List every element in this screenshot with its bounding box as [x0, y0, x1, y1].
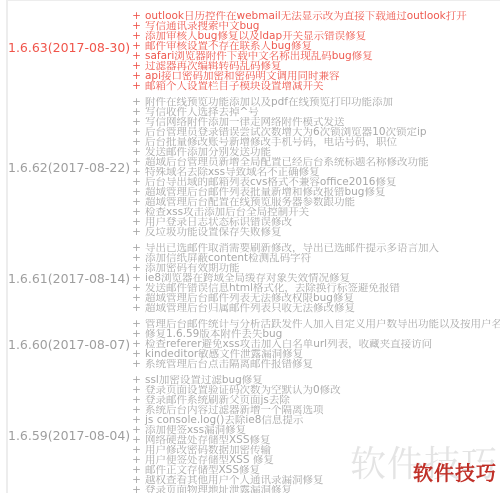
plus-bullet: + — [132, 339, 141, 349]
plus-bullet: + — [132, 21, 141, 31]
plus-bullet: + — [132, 349, 141, 359]
changelog-item: +ssl加密设置过滤bug修复 — [132, 375, 500, 385]
changelog-item-text: 添加便签xss漏洞修复 — [145, 425, 246, 435]
changelog-item-text: 用户便签处存储型XSS 修复 — [145, 455, 274, 465]
changelog-item-text: 发送邮件错误信息html格式化，去除换行标签避免报错 — [145, 283, 400, 293]
plus-bullet: + — [132, 263, 141, 273]
changelog-item: +超域管理后台邮件列表无法修改权限bug修复 — [132, 293, 500, 303]
changelog-item-text: 过滤器再次编辑转码乱码修复 — [145, 61, 282, 71]
plus-bullet: + — [132, 197, 141, 207]
changelog-item: +添加审核人bug修复以及ldap开关显示错误修复 — [132, 31, 500, 41]
changelog-item: +邮箱个人设置栏目子模块设置增减开关 — [132, 81, 500, 91]
plus-bullet: + — [132, 137, 141, 147]
plus-bullet: + — [132, 157, 141, 167]
changelog-item-text: 超域后台管理员新增全局配置已经后台系统标题名称修改功能 — [145, 157, 429, 167]
plus-bullet: + — [132, 187, 141, 197]
changelog-item-text: outlook日历控件在webmail无法显示改为直接下载通过outlook打开 — [145, 11, 467, 21]
plus-bullet: + — [132, 435, 141, 445]
plus-bullet: + — [132, 117, 141, 127]
plus-bullet: + — [132, 303, 141, 313]
changelog-item-text: 后台批量修改账号新增修改手机号码，电话号码，职位 — [145, 137, 397, 147]
plus-bullet: + — [132, 465, 141, 475]
changelog-item-text: 管理后台邮件统计与分析活跃发件人加入自定义用户数导出功能以及按用户名时间段查询功… — [145, 319, 500, 329]
changelog-item-text: 写信通讯录搜索中文bug — [145, 21, 260, 31]
changelog-items: +导出已选邮件取消需要刷新修改，导出已选邮件提示多语言加入 +添加信纸屏蔽con… — [130, 240, 500, 316]
plus-bullet: + — [132, 177, 141, 187]
changelog-item: +后台管理员登录错误尝试次数增大为6次锁浏览器10次锁定ip — [132, 127, 500, 137]
changelog-item-text: 后台导出域的邮箱列表cvs格式不兼容office2016修复 — [145, 177, 397, 187]
changelog-item-text: 修复1.6.59版本附件丢失bug — [145, 329, 282, 339]
changelog-item: +用户修改密码数据加密传输 — [132, 445, 500, 455]
changelog-item-text: 用户修改密码数据加密传输 — [145, 445, 271, 455]
version-section: 1.6.60(2017-08-07) +管理后台邮件统计与分析活跃发件人加入自定… — [7, 316, 500, 372]
plus-bullet: + — [132, 385, 141, 395]
changelog-item: +kindeditor敏感文件泄露漏洞修复 — [132, 349, 500, 359]
plus-bullet: + — [132, 243, 141, 253]
changelog-item-text: 超域管理后台邮件列表批量新增和修改报错bug修复 — [145, 187, 385, 197]
version-label: 1.6.63(2017-08-30) — [8, 1, 131, 95]
changelog-item: +后台批量修改账号新增修改手机号码，电话号码，职位 — [132, 137, 500, 147]
changelog-item-text: 邮件审核设置不存在联系人bug修复 — [145, 41, 312, 51]
changelog-items: +附件在线预览功能添加以及pdf在线预览打印功能添加 +写信收件人选择去掉^号 … — [130, 94, 500, 240]
changelog-item-text: ssl加密设置过滤bug修复 — [145, 375, 263, 385]
changelog-page: 1.6.63(2017-08-30) +outlook日历控件在webmail无… — [0, 0, 500, 493]
changelog-item: +检查referer避免xss攻击加入白名单url列表，收藏夹直接访问 — [132, 339, 500, 349]
changelog-item-text: kindeditor敏感文件泄露漏洞修复 — [145, 349, 303, 359]
changelog-item-text: 超域管理后台配置在线预览服务器参数跟功能 — [145, 197, 355, 207]
changelog-item: +过滤器再次编辑转码乱码修复 — [132, 61, 500, 71]
watermark-brand-text: 软件技巧 — [413, 457, 497, 486]
changelog-item: +邮件审核设置不存在联系人bug修复 — [132, 41, 500, 51]
changelog-item: +safari浏览器附件下载中文名称出现乱码bug修复 — [132, 51, 500, 61]
changelog-item: +写信收件人选择去掉^号 — [132, 107, 500, 117]
plus-bullet: + — [132, 217, 141, 227]
changelog-item: +反垃圾功能设置保存失败修复 — [132, 227, 500, 237]
changelog-item: +js console.log()去除ie8信息提示 — [132, 415, 500, 425]
changelog-item: +发送邮件添加分别发送功能 — [132, 147, 500, 157]
plus-bullet: + — [132, 455, 141, 465]
changelog-item-text: 特殊域名去除xss导致域名不正确修复 — [145, 167, 320, 177]
changelog-item-text: 附件在线预览功能添加以及pdf在线预览打印功能添加 — [145, 97, 393, 107]
version-section: 1.6.61(2017-08-14) +导出已选邮件取消需要刷新修改，导出已选邮… — [7, 240, 500, 316]
version-label: 1.6.60(2017-08-07) — [8, 316, 131, 372]
changelog-item: +系统后台内容过滤器新增一个隔离选项 — [132, 405, 500, 415]
version-label: 1.6.62(2017-08-22) — [8, 94, 131, 240]
changelog-item: +ie8浏览器在跨域全局缓存对象失效情况修复 — [132, 273, 500, 283]
changelog-items: +outlook日历控件在webmail无法显示改为直接下载通过outlook打… — [130, 1, 500, 95]
changelog-item: +网络硬盘处存储型XSS修复 — [132, 435, 500, 445]
plus-bullet: + — [132, 293, 141, 303]
plus-bullet: + — [132, 283, 141, 293]
changelog-item-text: 写信网络附件添加一律走网络附件模式发送 — [145, 117, 345, 127]
changelog-item-text: 网络硬盘处存储型XSS修复 — [145, 435, 271, 445]
plus-bullet: + — [132, 107, 141, 117]
plus-bullet: + — [132, 97, 141, 107]
changelog-item-text: 导出已选邮件取消需要刷新修改，导出已选邮件提示多语言加入 — [145, 243, 439, 253]
changelog-item: +后台导出域的邮箱列表cvs格式不兼容office2016修复 — [132, 177, 500, 187]
plus-bullet: + — [132, 207, 141, 217]
changelog-item: +登录页面物理地址泄露漏洞修复 — [132, 485, 500, 493]
plus-bullet: + — [132, 273, 141, 283]
plus-bullet: + — [132, 395, 141, 405]
plus-bullet: + — [132, 359, 141, 369]
plus-bullet: + — [132, 51, 141, 61]
changelog-item: +添加信纸屏蔽content检测乱码字符 — [132, 253, 500, 263]
changelog-item-text: 检查referer避免xss攻击加入白名单url列表，收藏夹直接访问 — [145, 339, 432, 349]
plus-bullet: + — [132, 485, 141, 493]
changelog-item-text: 反垃圾功能设置保存失败修复 — [145, 227, 282, 237]
changelog-item: +超域管理后台邮件列表批量新增和修改报错bug修复 — [132, 187, 500, 197]
plus-bullet: + — [132, 41, 141, 51]
changelog-item: +超域管理后台配置在线预览服务器参数跟功能 — [132, 197, 500, 207]
changelog-item-text: api接口密码加密和密码明文调用同时兼容 — [145, 71, 340, 81]
changelog-item-text: 越权查看其他用户个人通讯录漏洞修复 — [145, 475, 324, 485]
changelog-item: +系统管理后台点击隔离邮件报错修复 — [132, 359, 500, 369]
changelog-item: +登录页面设置验证码次数为空默认为0修改 — [132, 385, 500, 395]
plus-bullet: + — [132, 445, 141, 455]
plus-bullet: + — [132, 31, 141, 41]
changelog-item: +检查xss攻击添加后台全局控制开关 — [132, 207, 500, 217]
changelog-item: +超域后台管理员新增全局配置已经后台系统标题名称修改功能 — [132, 157, 500, 167]
changelog-item-text: 超域管理后台归属邮件列表只收无法修改修复 — [145, 303, 355, 313]
plus-bullet: + — [132, 227, 141, 237]
plus-bullet: + — [132, 319, 141, 329]
changelog-item-text: 添加信纸屏蔽content检测乱码字符 — [145, 253, 311, 263]
plus-bullet: + — [132, 167, 141, 177]
changelog-item-text: 系统后台内容过滤器新增一个隔离选项 — [145, 405, 324, 415]
plus-bullet: + — [132, 329, 141, 339]
plus-bullet: + — [132, 127, 141, 137]
plus-bullet: + — [132, 425, 141, 435]
changelog-item: +写信通讯录搜索中文bug — [132, 21, 500, 31]
changelog-item: +管理后台邮件统计与分析活跃发件人加入自定义用户数导出功能以及按用户名时间段查询… — [132, 319, 500, 329]
changelog-item: +超域管理后台归属邮件列表只收无法修改修复 — [132, 303, 500, 313]
changelog-item: +api接口密码加密和密码明文调用同时兼容 — [132, 71, 500, 81]
plus-bullet: + — [132, 81, 141, 91]
changelog-item-text: 后台管理员登录错误尝试次数增大为6次锁浏览器10次锁定ip — [145, 127, 427, 137]
changelog-item: +登录邮件系统刷新父页面js去除 — [132, 395, 500, 405]
changelog-item: +写信网络附件添加一律走网络附件模式发送 — [132, 117, 500, 127]
changelog-item-text: 添加审核人bug修复以及ldap开关显示错误修复 — [145, 31, 366, 41]
plus-bullet: + — [132, 415, 141, 425]
plus-bullet: + — [132, 11, 141, 21]
changelog-item-text: 添加密码有效期功能 — [145, 263, 240, 273]
changelog-item: +特殊域名去除xss导致域名不正确修复 — [132, 167, 500, 177]
changelog-item-text: 邮件正文存储型XSS修复 — [145, 465, 260, 475]
changelog-item: +添加密码有效期功能 — [132, 263, 500, 273]
version-label: 1.6.61(2017-08-14) — [8, 240, 131, 316]
changelog-item-text: js console.log()去除ie8信息提示 — [145, 415, 303, 425]
changelog-item: +发送邮件错误信息html格式化，去除换行标签避免报错 — [132, 283, 500, 293]
plus-bullet: + — [132, 253, 141, 263]
plus-bullet: + — [132, 475, 141, 485]
plus-bullet: + — [132, 147, 141, 157]
version-section: 1.6.62(2017-08-22) +附件在线预览功能添加以及pdf在线预览打… — [7, 94, 500, 240]
plus-bullet: + — [132, 375, 141, 385]
plus-bullet: + — [132, 71, 141, 81]
changelog-item: +添加便签xss漏洞修复 — [132, 425, 500, 435]
changelog-items: +管理后台邮件统计与分析活跃发件人加入自定义用户数导出功能以及按用户名时间段查询… — [130, 316, 500, 372]
changelog-item-text: safari浏览器附件下载中文名称出现乱码bug修复 — [145, 51, 373, 61]
plus-bullet: + — [132, 405, 141, 415]
changelog-item-text: 发送邮件添加分别发送功能 — [145, 147, 271, 157]
changelog-item: +修复1.6.59版本附件丢失bug — [132, 329, 500, 339]
changelog-item-text: 超域管理后台邮件列表无法修改权限bug修复 — [145, 293, 354, 303]
changelog-item: +导出已选邮件取消需要刷新修改，导出已选邮件提示多语言加入 — [132, 243, 500, 253]
changelog-item-text: 系统管理后台点击隔离邮件报错修复 — [145, 359, 313, 369]
changelog-item-text: 检查xss攻击添加后台全局控制开关 — [145, 207, 309, 217]
changelog-item-text: 用户登录日志状态标识错误修改 — [145, 217, 292, 227]
changelog-item-text: ie8浏览器在跨域全局缓存对象失效情况修复 — [145, 273, 350, 283]
changelog-item-text: 邮箱个人设置栏目子模块设置增减开关 — [145, 81, 324, 91]
changelog-item-text: 登录页面物理地址泄露漏洞修复 — [145, 485, 292, 493]
version-label: 1.6.59(2017-08-04) — [8, 372, 131, 493]
changelog-item: +附件在线预览功能添加以及pdf在线预览打印功能添加 — [132, 97, 500, 107]
changelog-item: +outlook日历控件在webmail无法显示改为直接下载通过outlook打… — [132, 11, 500, 21]
changelog-item-text: 登录页面设置验证码次数为空默认为0修改 — [145, 385, 341, 395]
changelog-item-text: 登录邮件系统刷新父页面js去除 — [145, 395, 290, 405]
version-section: 1.6.63(2017-08-30) +outlook日历控件在webmail无… — [7, 1, 500, 95]
plus-bullet: + — [132, 61, 141, 71]
changelog-item-text: 写信收件人选择去掉^号 — [145, 107, 259, 117]
changelog-item: +用户登录日志状态标识错误修改 — [132, 217, 500, 227]
changelog-table: 1.6.63(2017-08-30) +outlook日历控件在webmail无… — [6, 0, 500, 493]
